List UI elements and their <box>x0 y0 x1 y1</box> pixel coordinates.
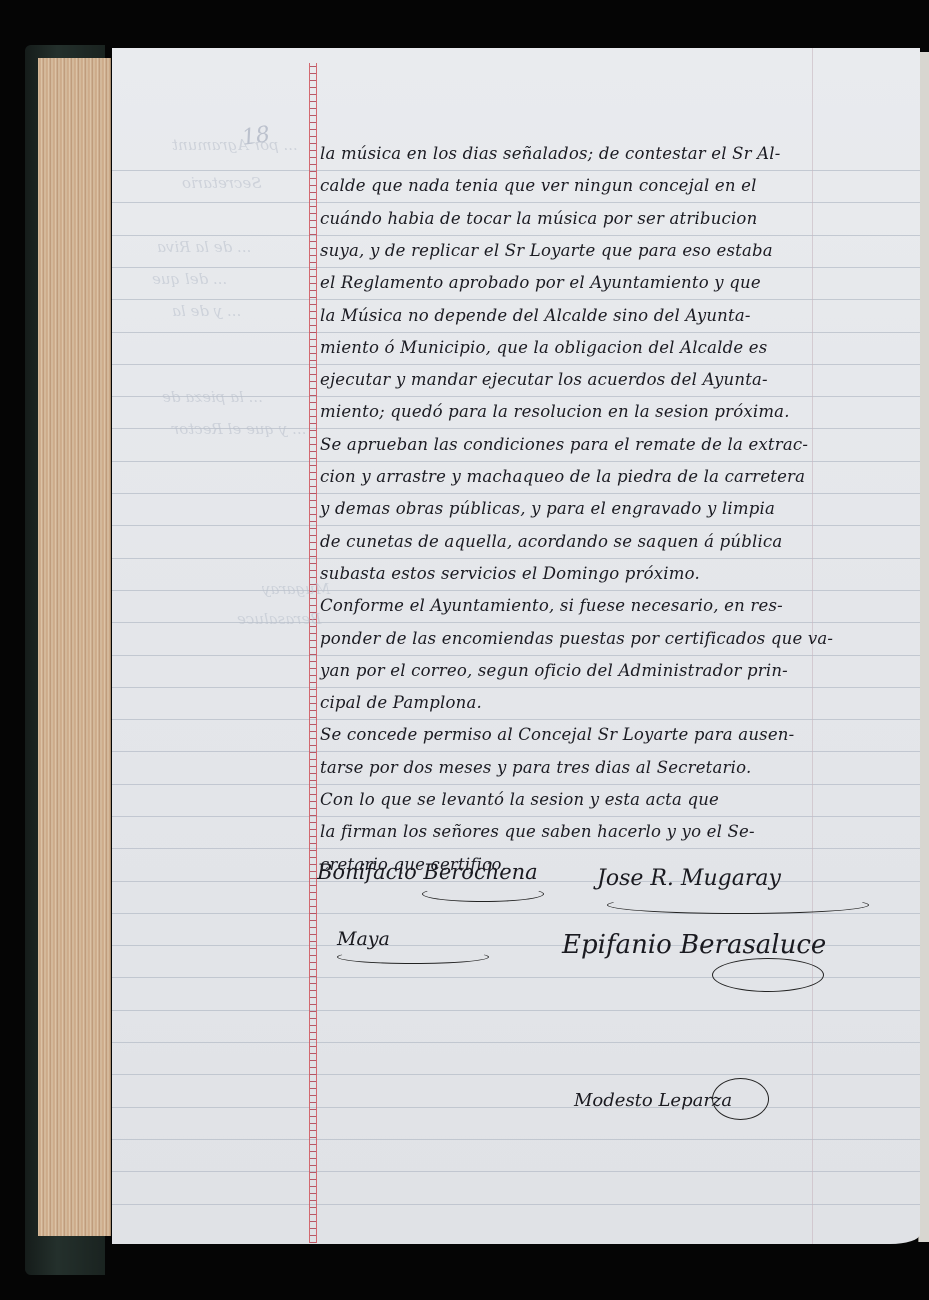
signature-flourish-icon <box>607 896 869 914</box>
signature-flourish-icon <box>712 958 824 992</box>
signature-1: Bonifacio Berochena <box>317 860 538 884</box>
handwritten-line: cion y arrastre y machaqueo de la piedra… <box>320 467 805 486</box>
ruled-line <box>112 493 920 494</box>
red-margin-rule <box>309 63 317 1243</box>
bleed-through-line: Secretario <box>182 174 262 192</box>
handwritten-line: ejecutar y mandar ejecutar los acuerdos … <box>320 370 768 389</box>
bleed-through-line: Berasaluce <box>237 610 321 628</box>
handwritten-line: cuándo habia de tocar la música por ser … <box>320 209 757 228</box>
ledger-page: 18 ... por AgramuntSecretario... de la R… <box>112 48 920 1244</box>
handwritten-line: de cunetas de aquella, acordando se saqu… <box>320 532 782 551</box>
handwritten-line: ponder de las encomiendas puestas por ce… <box>320 629 833 648</box>
signature-2: Jose R. Mugaray <box>597 866 781 891</box>
handwritten-line: Con lo que se levantó la sesion y esta a… <box>320 790 719 809</box>
ruled-line <box>112 332 920 333</box>
handwritten-line: la música en los dias señalados; de cont… <box>320 144 781 163</box>
signature-5: Modesto Leparza <box>574 1090 732 1111</box>
ruled-line <box>112 655 920 656</box>
signature-flourish-icon <box>422 886 544 902</box>
ruled-line <box>112 558 920 559</box>
ruled-line <box>112 1042 920 1043</box>
handwritten-line: Se concede permiso al Concejal Sr Loyart… <box>320 725 794 744</box>
signature-4: Epifanio Berasaluce <box>562 930 826 960</box>
bleed-through-line: ... del que <box>152 270 227 288</box>
ruled-line <box>112 1107 920 1108</box>
ruled-line <box>112 1139 920 1140</box>
handwritten-line: suya, y de replicar el Sr Loyarte que pa… <box>320 241 773 260</box>
ruled-line <box>112 913 920 914</box>
page-edges-stack <box>38 58 111 1236</box>
handwritten-line: subasta estos servicios el Domingo próxi… <box>320 564 700 583</box>
ruled-line <box>112 364 920 365</box>
signature-flourish-icon <box>712 1078 769 1120</box>
handwritten-line: miento ó Municipio, que la obligacion de… <box>320 338 767 357</box>
handwritten-line: Conforme el Ayuntamiento, si fuese neces… <box>320 596 783 615</box>
handwritten-line: el Reglamento aprobado por el Ayuntamien… <box>320 273 761 292</box>
handwritten-line: y demas obras públicas, y para el engrav… <box>320 499 775 518</box>
signature-3: Maya <box>337 928 390 950</box>
handwritten-line: cipal de Pamplona. <box>320 693 482 712</box>
ruled-line <box>112 1204 920 1205</box>
ruled-line <box>112 687 920 688</box>
signature-flourish-icon <box>337 950 489 964</box>
ruled-line <box>112 235 920 236</box>
ruled-line <box>112 1074 920 1075</box>
handwritten-line: calde que nada tenia que ver ningun conc… <box>320 176 757 195</box>
handwritten-line: tarse por dos meses y para tres dias al … <box>320 758 751 777</box>
bleed-through-line: ... la pieza de <box>162 388 263 406</box>
handwritten-line: miento; quedó para la resolucion en la s… <box>320 402 790 421</box>
ruled-line <box>112 299 920 300</box>
handwritten-line: la firman los señores que saben hacerlo … <box>320 822 755 841</box>
bleed-through-line: ... de la Riva <box>157 238 251 256</box>
bleed-through-line: ... y de la <box>172 302 241 320</box>
ruled-line <box>112 202 920 203</box>
ruled-line <box>112 1010 920 1011</box>
bleed-through-line: ... y que el Rector <box>172 420 306 438</box>
bleed-through-line: ... por Agramunt <box>172 136 298 154</box>
ruled-line <box>112 848 920 849</box>
ruled-line <box>112 267 920 268</box>
ruled-line <box>112 170 920 171</box>
ruled-line <box>112 751 920 752</box>
ruled-line <box>112 622 920 623</box>
handwritten-line: yan por el correo, segun oficio del Admi… <box>320 661 788 680</box>
ruled-line <box>112 816 920 817</box>
ruled-line <box>112 784 920 785</box>
handwritten-line: la Música no depende del Alcalde sino de… <box>320 306 751 325</box>
ruled-line <box>112 590 920 591</box>
ruled-line <box>112 461 920 462</box>
ruled-line <box>112 525 920 526</box>
handwritten-line: Se aprueban las condiciones para el rema… <box>320 435 808 454</box>
ruled-line <box>112 1171 920 1172</box>
ruled-line <box>112 719 920 720</box>
